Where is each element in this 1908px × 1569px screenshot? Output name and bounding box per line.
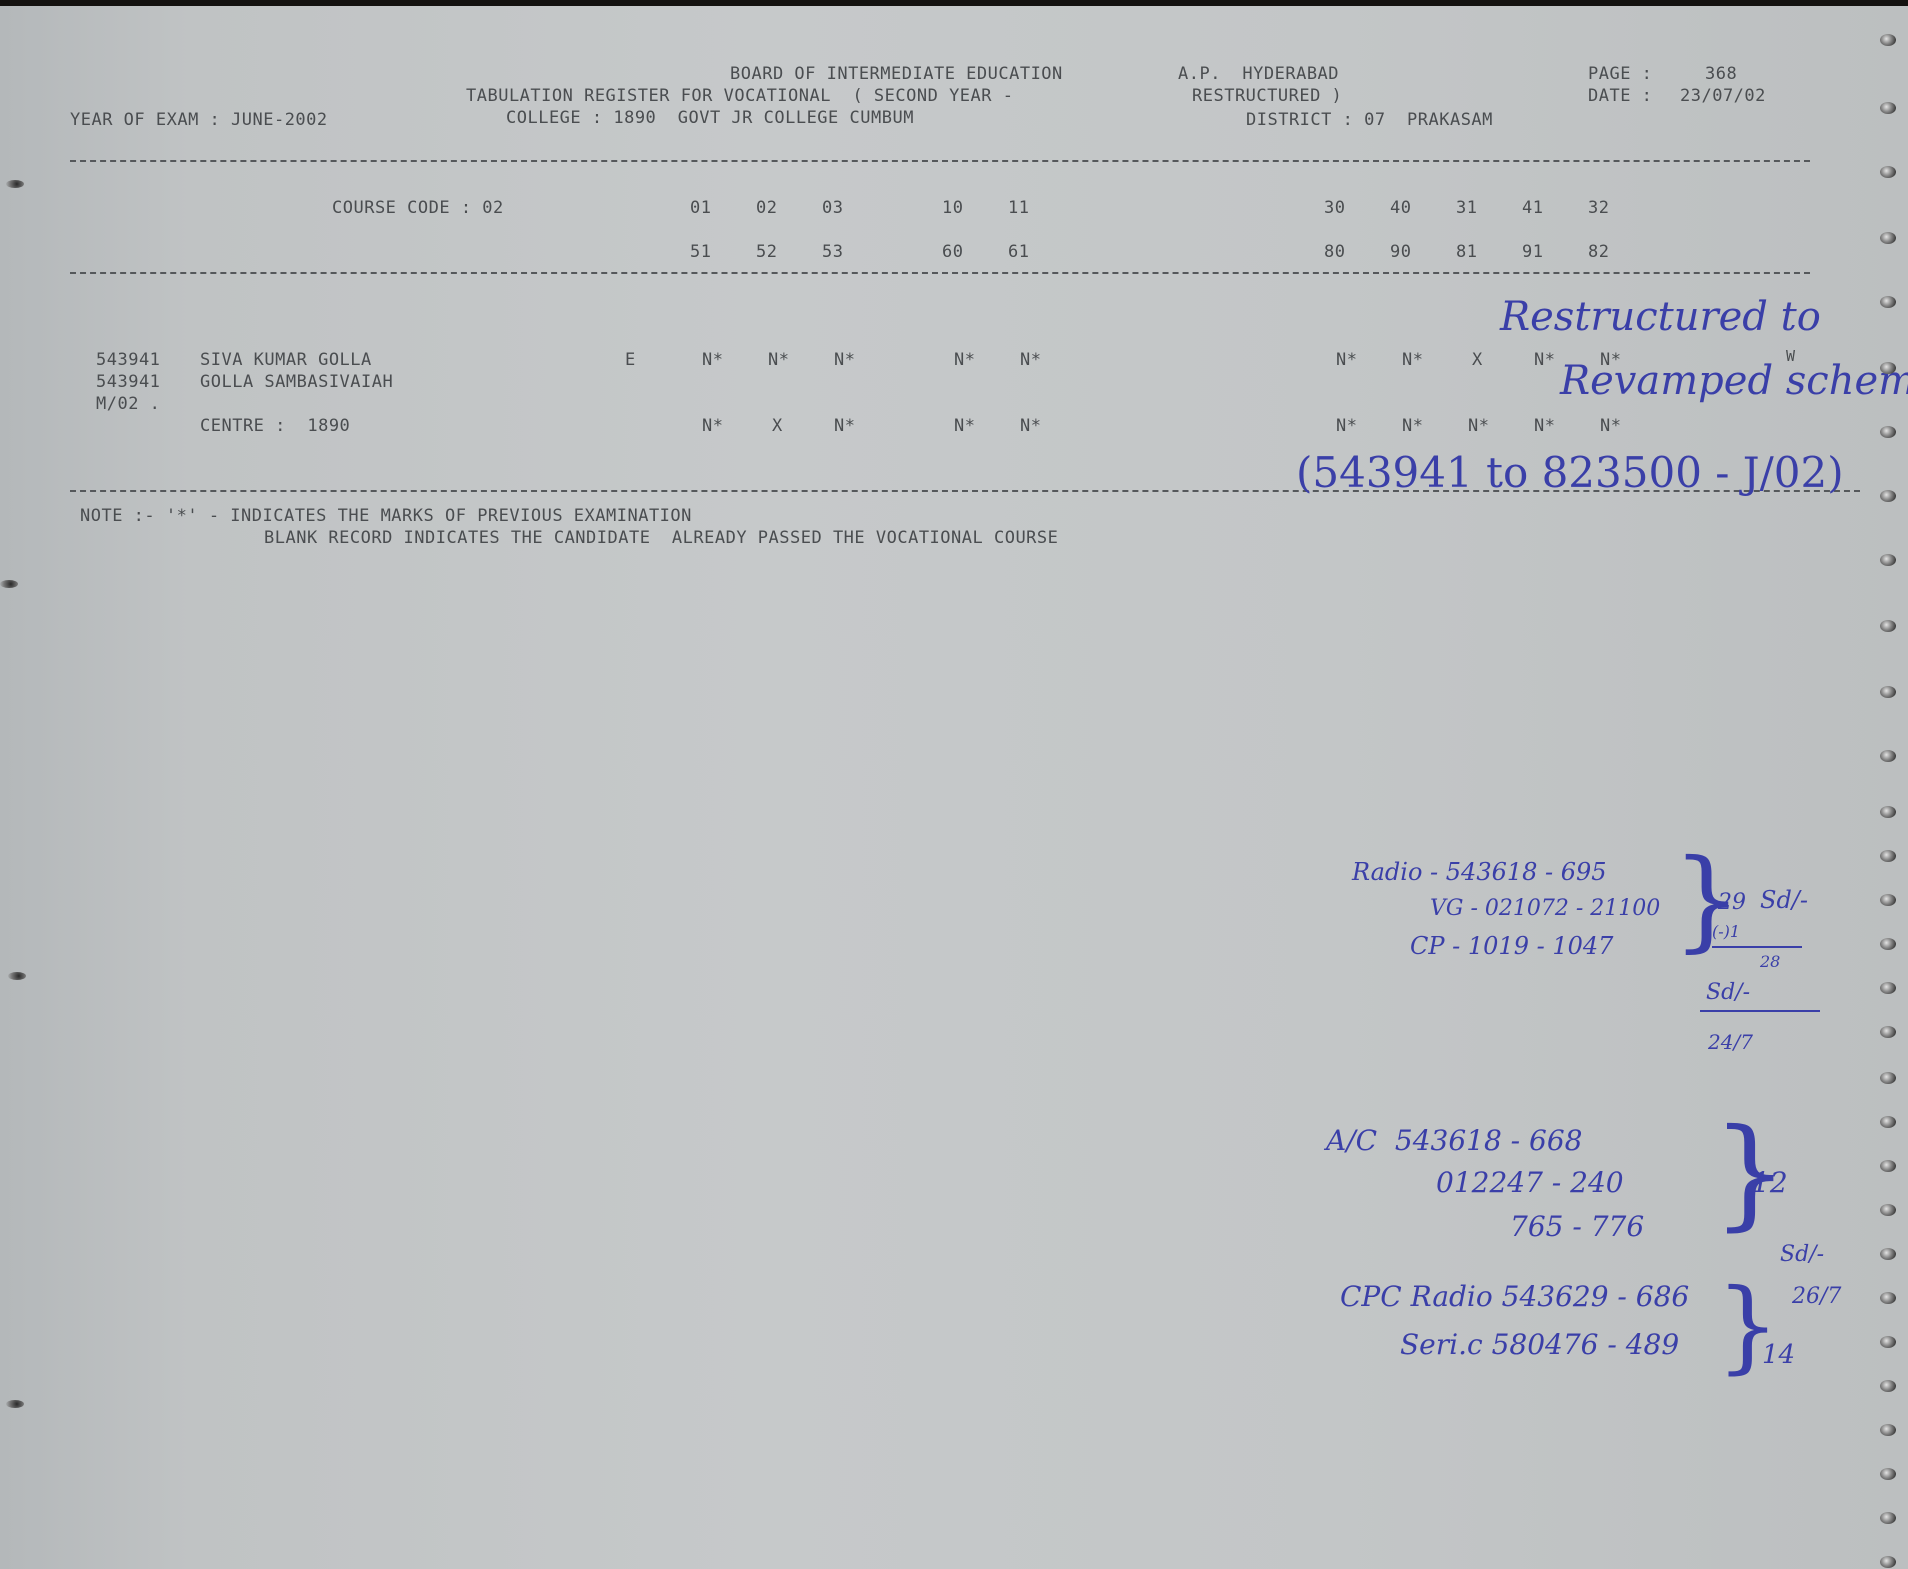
- mark-cell: N*: [1336, 350, 1357, 370]
- page-label: PAGE :: [1588, 64, 1652, 84]
- board-location: A.P. HYDERABAD: [1178, 64, 1339, 84]
- subject-code: 03: [822, 198, 843, 218]
- mark-cell: N*: [1020, 416, 1041, 436]
- district-info: DISTRICT : 07 PRAKASAM: [1246, 110, 1493, 130]
- feed-hole: [1880, 850, 1896, 862]
- handwritten-line: 012247 - 240: [1436, 1166, 1624, 1199]
- mark-cell: X: [772, 416, 783, 436]
- mark-cell: N*: [1402, 350, 1423, 370]
- course-code: COURSE CODE : 02: [332, 198, 504, 218]
- handwritten-underline: [1700, 1010, 1820, 1012]
- register-title: TABULATION REGISTER FOR VOCATIONAL ( SEC…: [466, 86, 1013, 106]
- handwritten-line: 765 - 776: [1510, 1210, 1644, 1243]
- subject-code: 53: [822, 242, 843, 262]
- handwritten-signature: Sd/-: [1760, 886, 1808, 914]
- subject-code: 80: [1324, 242, 1345, 262]
- feed-hole: [1880, 750, 1896, 762]
- feed-hole: [1880, 102, 1896, 114]
- page-number: 368: [1705, 64, 1737, 84]
- handwritten-line: Radio - 543618 - 695: [1352, 858, 1607, 886]
- handwritten-revamped: Revamped scheme: [1560, 358, 1908, 404]
- mark-cell: N*: [1534, 416, 1555, 436]
- mark-cell: N*: [1336, 416, 1357, 436]
- feed-hole: [1880, 982, 1896, 994]
- feed-hole: [1880, 1072, 1896, 1084]
- feed-hole: [1880, 894, 1896, 906]
- subject-code: 82: [1588, 242, 1609, 262]
- mark-cell: N*: [834, 416, 855, 436]
- feed-hole: [1880, 938, 1896, 950]
- subject-code: 30: [1324, 198, 1345, 218]
- handwritten-line: CP - 1019 - 1047: [1410, 932, 1613, 960]
- mark-cell: N*: [1534, 350, 1555, 370]
- handwritten-restructured: Restructured to: [1500, 294, 1821, 340]
- feed-hole: [1880, 1556, 1896, 1568]
- subject-code: 81: [1456, 242, 1477, 262]
- handwritten-date: 26/7: [1792, 1284, 1841, 1309]
- feed-hole: [1880, 554, 1896, 566]
- college-info: COLLEGE : 1890 GOVT JR COLLEGE CUMBUM: [506, 108, 914, 128]
- mark-cell: N*: [702, 416, 723, 436]
- handwritten-signature: Sd/-: [1706, 980, 1750, 1005]
- subject-code: 41: [1522, 198, 1543, 218]
- feed-hole: [1880, 1248, 1896, 1260]
- handwritten-signature: Sd/-: [1780, 1242, 1824, 1267]
- handwritten-total: 12: [1752, 1166, 1788, 1199]
- feed-hole: [1880, 620, 1896, 632]
- subject-code: 60: [942, 242, 963, 262]
- handwritten-date: 24/7: [1708, 1030, 1753, 1054]
- feed-hole: [1880, 1116, 1896, 1128]
- note-line-1: NOTE :- '*' - INDICATES THE MARKS OF PRE…: [80, 506, 692, 526]
- feed-hole: [1880, 686, 1896, 698]
- subject-code: 52: [756, 242, 777, 262]
- feed-hole: [1880, 362, 1896, 374]
- feed-hole: [1880, 1160, 1896, 1172]
- feed-hole: [1880, 232, 1896, 244]
- mark-cell: N*: [954, 350, 975, 370]
- feed-hole: [1880, 166, 1896, 178]
- binder-hole: [6, 1400, 24, 1408]
- subject-code: 02: [756, 198, 777, 218]
- register-scheme: RESTRUCTURED ): [1192, 86, 1342, 106]
- binder-hole: [6, 180, 24, 188]
- note-line-2: BLANK RECORD INDICATES THE CANDIDATE ALR…: [264, 528, 1058, 548]
- feed-hole: [1880, 1204, 1896, 1216]
- handwritten-underline: [1712, 946, 1802, 948]
- handwritten-range-note: (543941 to 823500 - J/02): [1296, 448, 1844, 497]
- board-title: BOARD OF INTERMEDIATE EDUCATION: [730, 64, 1063, 84]
- feed-hole: [1880, 296, 1896, 308]
- mark-cell: N*: [1600, 416, 1621, 436]
- binder-hole: [8, 972, 26, 980]
- subject-code: 40: [1390, 198, 1411, 218]
- subject-code: 10: [942, 198, 963, 218]
- feed-hole: [1880, 490, 1896, 502]
- feed-hole: [1880, 1512, 1896, 1524]
- handwritten-line: CPC Radio 543629 - 686: [1340, 1280, 1689, 1313]
- mark-cell: N*: [834, 350, 855, 370]
- subject-code: 51: [690, 242, 711, 262]
- medium: E: [625, 350, 636, 370]
- candidate-name: SIVA KUMAR GOLLA: [200, 350, 372, 370]
- divider-top: [70, 160, 1810, 162]
- feed-hole: [1880, 806, 1896, 818]
- feed-hole: [1880, 1026, 1896, 1038]
- subject-code: 91: [1522, 242, 1543, 262]
- handwritten-result: 28: [1760, 952, 1780, 971]
- year-of-exam: YEAR OF EXAM : JUNE-2002: [70, 110, 328, 130]
- date-label: DATE :: [1588, 86, 1652, 106]
- handwritten-minus: (-)1: [1712, 922, 1740, 941]
- mark-cell: N*: [1402, 416, 1423, 436]
- subject-code: 61: [1008, 242, 1029, 262]
- mark-cell: N*: [702, 350, 723, 370]
- gender-session: M/02 .: [96, 394, 160, 414]
- mark-cell: N*: [1020, 350, 1041, 370]
- mark-cell: N*: [768, 350, 789, 370]
- feed-hole: [1880, 1424, 1896, 1436]
- handwritten-line: VG - 021072 - 21100: [1430, 896, 1660, 921]
- handwritten-total: 29: [1718, 890, 1746, 915]
- subject-code: 11: [1008, 198, 1029, 218]
- mark-cell: N*: [954, 416, 975, 436]
- feed-hole: [1880, 34, 1896, 46]
- feed-hole: [1880, 1336, 1896, 1348]
- feed-hole: [1880, 1468, 1896, 1480]
- handwritten-line: Seri.c 580476 - 489: [1400, 1328, 1679, 1361]
- subject-code: 32: [1588, 198, 1609, 218]
- subject-code: 90: [1390, 242, 1411, 262]
- mark-cell: N*: [1468, 416, 1489, 436]
- feed-hole: [1880, 1292, 1896, 1304]
- tabulation-register-page: BOARD OF INTERMEDIATE EDUCATION A.P. HYD…: [0, 6, 1908, 1569]
- father-id: 543941: [96, 372, 160, 392]
- father-name: GOLLA SAMBASIVAIAH: [200, 372, 393, 392]
- divider-course: [70, 272, 1810, 274]
- feed-hole: [1880, 1380, 1896, 1392]
- hall-ticket-number: 543941: [96, 350, 160, 370]
- date-value: 23/07/02: [1680, 86, 1766, 106]
- handwritten-line: A/C 543618 - 668: [1326, 1124, 1582, 1157]
- subject-code: 01: [690, 198, 711, 218]
- mark-cell: X: [1472, 350, 1483, 370]
- handwritten-total: 14: [1762, 1340, 1795, 1370]
- subject-code: 31: [1456, 198, 1477, 218]
- centre-code: CENTRE : 1890: [200, 416, 350, 436]
- feed-hole: [1880, 426, 1896, 438]
- binder-hole: [0, 580, 18, 588]
